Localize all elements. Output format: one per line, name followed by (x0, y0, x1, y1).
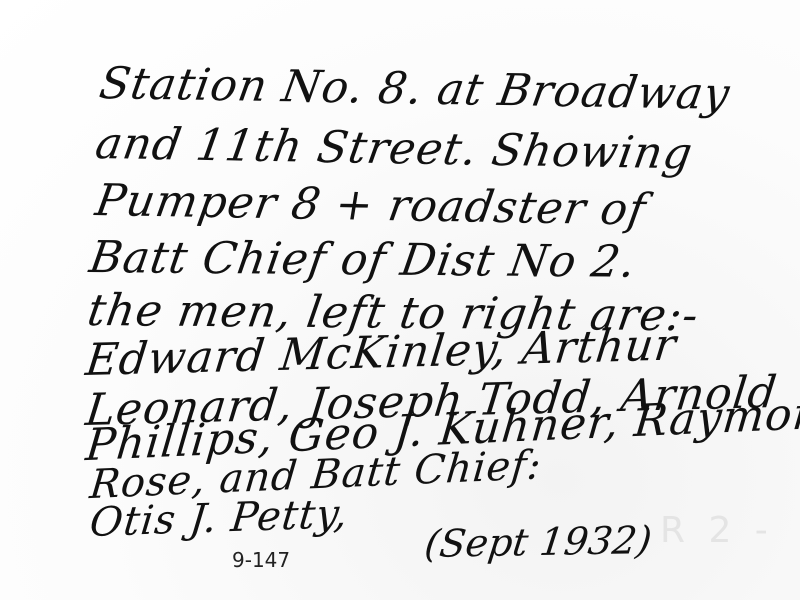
caption-line-4: Batt Chief of Dist No 2. (86, 232, 639, 288)
bleed-through-text: R 2 - (660, 510, 774, 551)
reference-number: 9-147 (232, 548, 290, 572)
caption-line-2: and 11th Street. Showing (92, 118, 696, 179)
caption-line-3: Pumper 8 + roadster of (92, 175, 650, 235)
date-note: (Sept 1932) (422, 518, 654, 566)
caption-line-10: Otis J. Petty, (88, 491, 351, 546)
